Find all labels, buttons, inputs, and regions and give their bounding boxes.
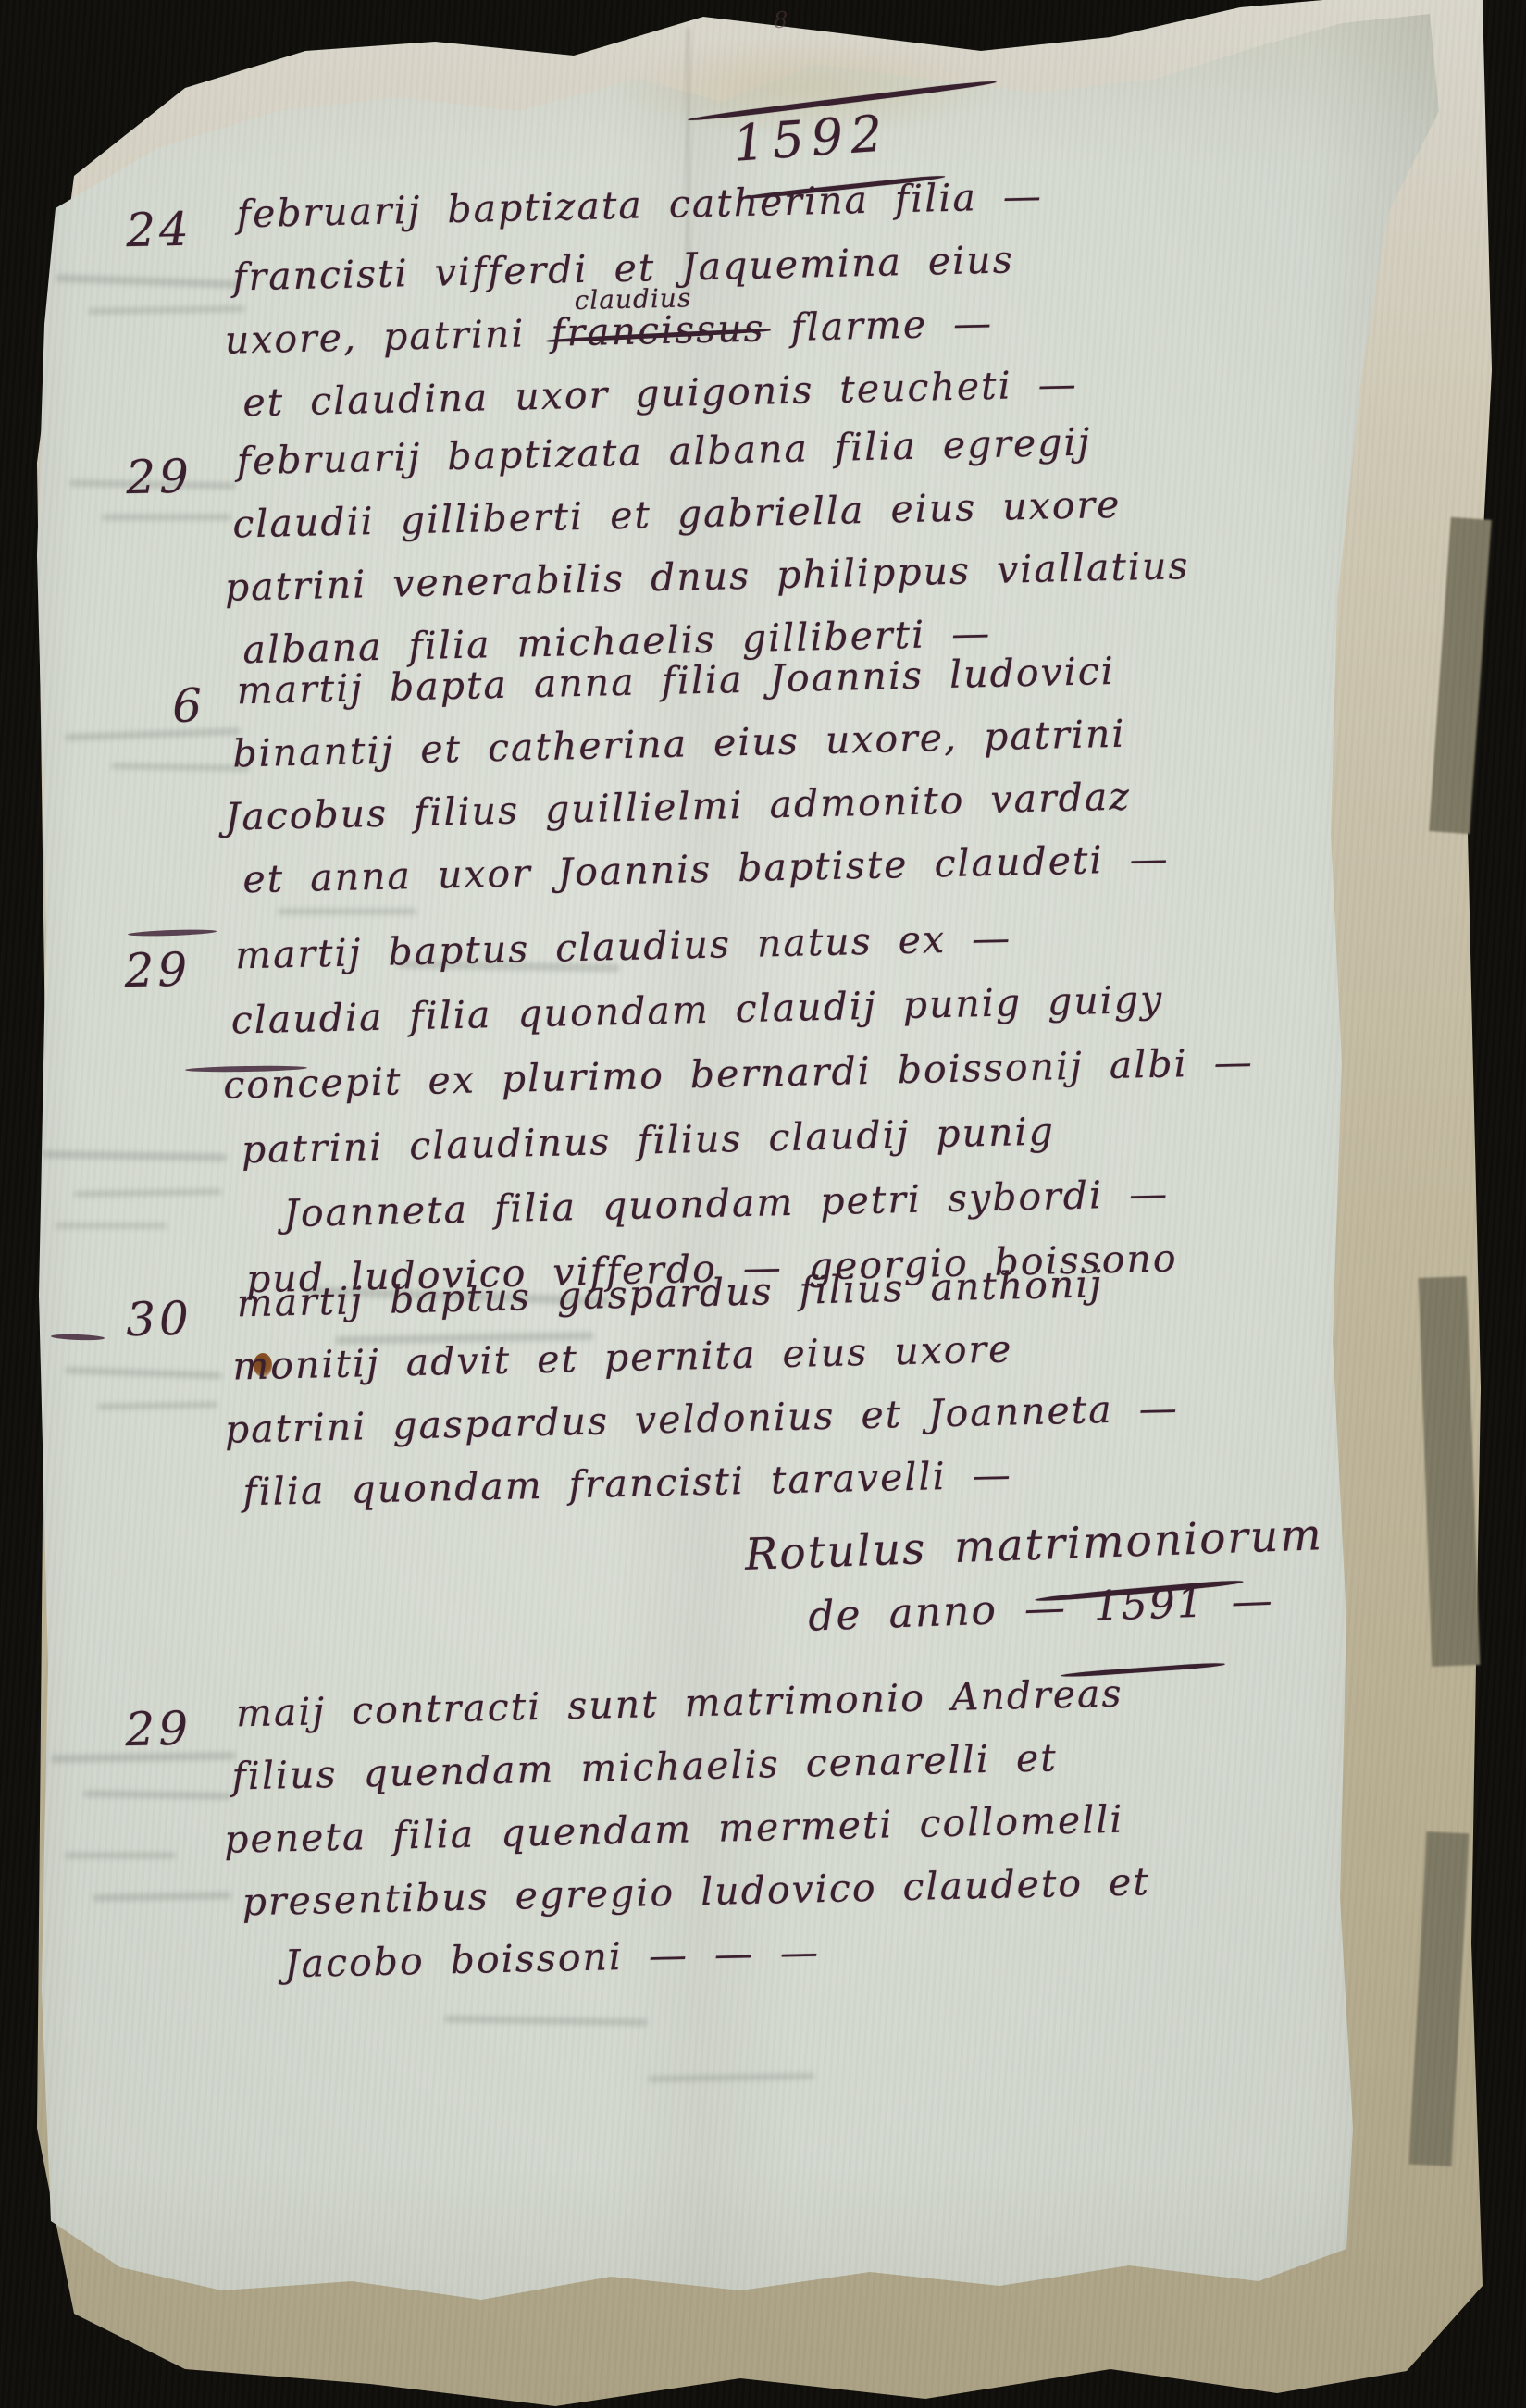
- folio-mark: 8: [774, 7, 788, 33]
- register-entry: 30martij baptus gaspardus filius anthoni…: [118, 1247, 1371, 1527]
- entry-day-number: 29: [124, 943, 192, 999]
- register-entry: 6martij bapta anna filia Joannis ludovic…: [118, 634, 1371, 914]
- entry-day-number: 30: [126, 1292, 193, 1347]
- line-text: uxore, patrini: [224, 311, 552, 363]
- entry-day-number: 24: [126, 203, 193, 258]
- interlined-correction: claudius: [574, 267, 692, 332]
- line-text: flarme —: [764, 301, 994, 351]
- register-entry: 29maij contracti sunt matrimonio Andreas…: [117, 1657, 1371, 1999]
- struck-word: francissusclaudius: [551, 297, 766, 365]
- section-heading: Rotulus matrimoniorum de anno — 1591 —: [744, 1509, 1326, 1643]
- manuscript-photo: { "document": { "type": "parish register…: [0, 0, 1526, 2408]
- entry-day-number: 29: [126, 450, 193, 505]
- register-entry: 24februarij baptizata catherina filia —f…: [118, 157, 1371, 438]
- entry-day-number: 6: [172, 678, 206, 733]
- year-heading: 1592: [731, 104, 891, 173]
- entry-day-number: 29: [125, 1702, 192, 1757]
